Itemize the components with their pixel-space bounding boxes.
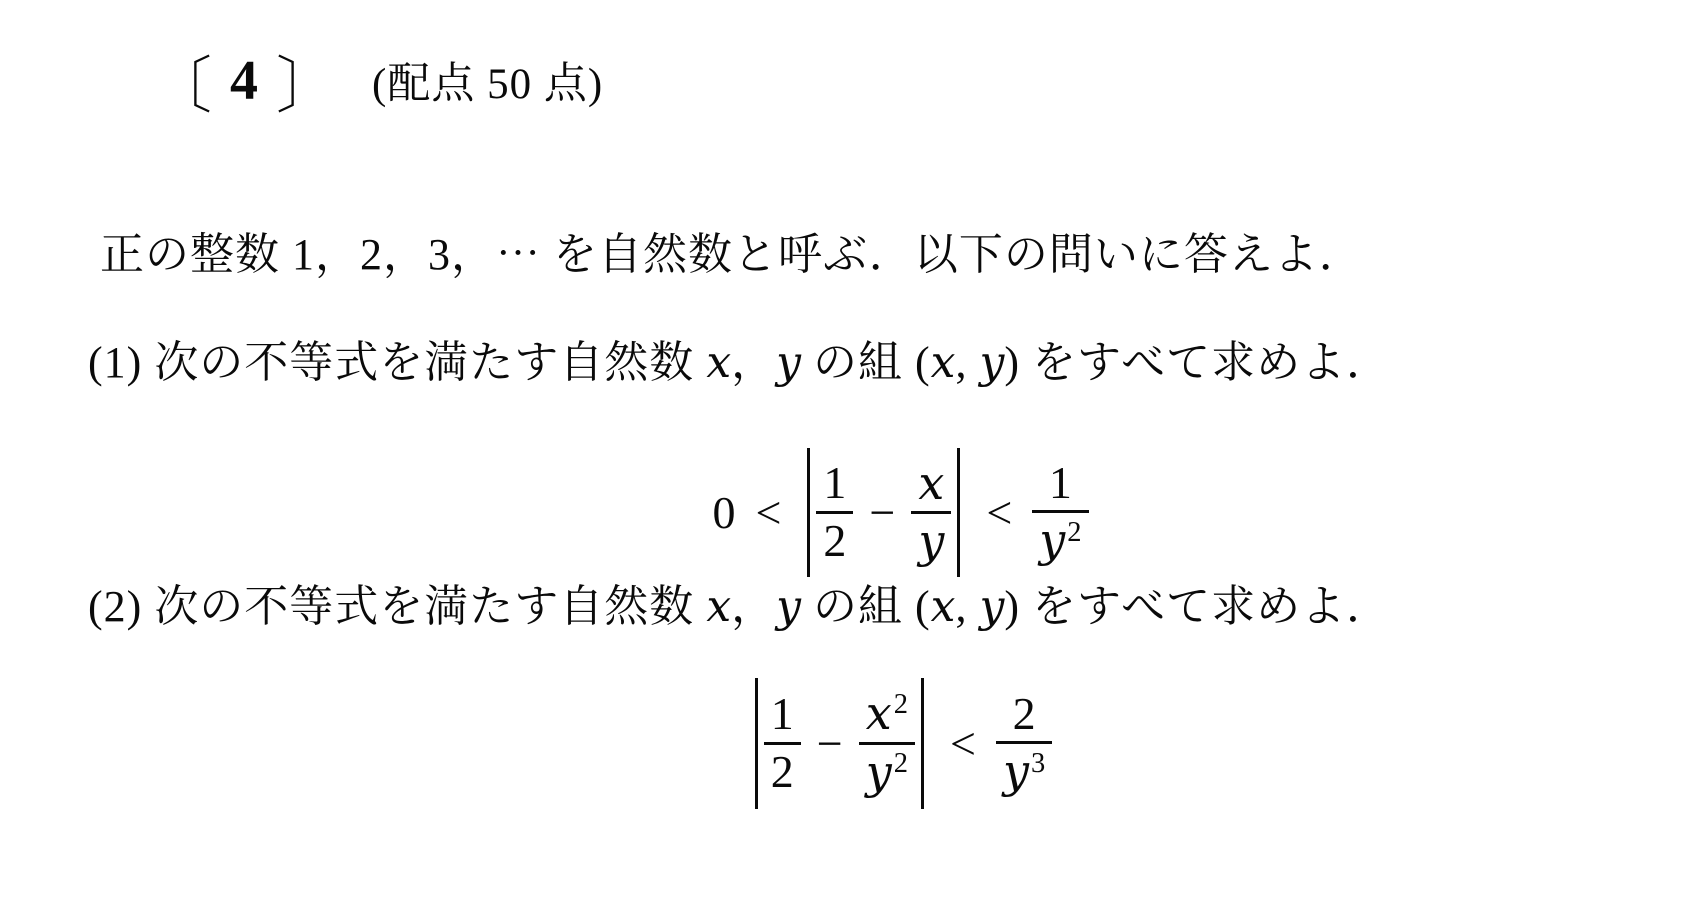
fraction-numerator: 1 <box>816 456 853 511</box>
intro-sentence: 正の整数 1，2，3，⋯ を自然数と呼ぶ．以下の問いに答えよ． <box>100 218 1364 282</box>
less-than-sign: < <box>950 717 976 770</box>
variable-x: x <box>706 581 731 632</box>
comma: ， <box>731 338 776 387</box>
minus-sign: − <box>817 717 843 770</box>
question-2-text-b: の組 <box>801 582 915 631</box>
minus-sign: − <box>869 486 895 539</box>
question-1-text-a: 次の不等式を満たす自然数 <box>142 338 706 387</box>
fraction-denominator: 2 <box>764 742 801 800</box>
fraction-x-over-y: x y <box>911 456 951 569</box>
variable-x: x <box>706 337 731 388</box>
pair-comma: , <box>955 338 979 387</box>
less-than-sign: < <box>986 486 1012 539</box>
problem-header: 〔 4 〕 (配点 50 点) <box>150 36 603 125</box>
question-2-text-c: をすべて求めよ． <box>1020 582 1391 631</box>
fraction-2-over-y-cubed: 2 y3 <box>996 687 1052 801</box>
question-2-text-a: 次の不等式を満たす自然数 <box>142 582 706 631</box>
paren-close: ) <box>1004 338 1020 387</box>
formula-1-zero: 0 <box>712 486 735 539</box>
denominator-base: y <box>1039 513 1065 567</box>
question-1-label: (1) <box>88 338 142 387</box>
denominator-base: y <box>1003 744 1029 798</box>
fraction-numerator: 1 <box>764 687 801 742</box>
formula-2: 1 2 − x2 y2 < 2 y3 <box>0 678 1701 809</box>
absolute-value-group: 1 2 − x2 y2 <box>755 678 924 809</box>
pair-comma: , <box>955 582 979 631</box>
fraction-numerator: 2 <box>1006 687 1043 742</box>
denominator-exponent: 2 <box>894 748 908 779</box>
fraction-one-half: 1 2 <box>764 687 801 800</box>
denominator-exponent: 3 <box>1031 748 1045 779</box>
question-1-text-c: をすべて求めよ． <box>1020 338 1391 387</box>
fraction-denominator: y3 <box>996 741 1052 800</box>
bracket-right: 〕 <box>276 36 338 125</box>
fraction-one-half: 1 2 <box>816 456 853 569</box>
pair-x: x <box>931 581 956 632</box>
variable-y: y <box>776 337 801 388</box>
fraction-numerator: 1 <box>1042 456 1079 511</box>
fraction-denominator: y <box>911 511 951 569</box>
question-2: (2) 次の不等式を満たす自然数 x，y の組 (x, y) をすべて求めよ． <box>88 570 1391 634</box>
pair-y: y <box>979 337 1004 388</box>
question-2-label: (2) <box>88 582 142 631</box>
denominator-exponent: 2 <box>1067 517 1081 548</box>
fraction-x-squared-over-y-squared: x2 y2 <box>859 686 915 801</box>
pair-y: y <box>979 581 1004 632</box>
bracket-left: 〔 <box>150 36 212 125</box>
fraction-denominator: 2 <box>816 511 853 569</box>
numerator-exponent: 2 <box>894 689 908 720</box>
fraction-numerator: x2 <box>859 686 915 742</box>
exam-problem-page: 〔 4 〕 (配点 50 点) 正の整数 1，2，3，⋯ を自然数と呼ぶ．以下の… <box>0 0 1701 905</box>
paren-open: ( <box>915 582 931 631</box>
numerator-base: x <box>866 686 892 740</box>
problem-number: 4 <box>230 49 258 113</box>
fraction-numerator: x <box>911 456 951 511</box>
denominator-base: y <box>866 745 892 799</box>
paren-close: ) <box>1004 582 1020 631</box>
question-1: (1) 次の不等式を満たす自然数 x，y の組 (x, y) をすべて求めよ． <box>88 326 1391 390</box>
question-1-text-b: の組 <box>801 338 915 387</box>
formula-1: 0 < 1 2 − x y < 1 y2 <box>0 448 1701 577</box>
fraction-denominator: y2 <box>859 742 915 801</box>
fraction-1-over-y-squared: 1 y2 <box>1032 456 1088 570</box>
comma: ， <box>731 582 776 631</box>
variable-y: y <box>776 581 801 632</box>
pair-x: x <box>931 337 956 388</box>
less-than-sign: < <box>755 486 781 539</box>
paren-open: ( <box>915 338 931 387</box>
fraction-denominator: y2 <box>1032 510 1088 569</box>
points-note: (配点 50 点) <box>372 50 603 111</box>
absolute-value-group: 1 2 − x y <box>807 448 960 577</box>
